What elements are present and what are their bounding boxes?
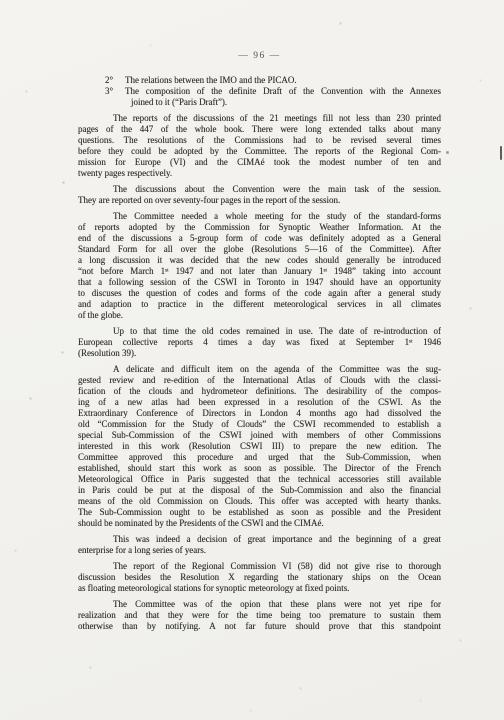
text-line: This was indeed a decision of great impo… (78, 534, 441, 545)
text-line: pages of the 447 of the whole book. Ther… (78, 124, 441, 135)
text-line: special Sub-Commission of the CSWI joine… (78, 430, 441, 441)
text-line: They are reported on over seventy-four p… (78, 195, 441, 206)
text-block: 2°The relations between the IMO and the … (78, 75, 441, 632)
text-line: The relations between the IMO and the PI… (125, 75, 441, 86)
page-number: — 96 — (78, 51, 441, 61)
text-line: fication of the clouds and hydrometeor d… (78, 386, 441, 397)
text-line: should be nominated by the Presidents of… (78, 518, 441, 529)
text-line: The composition of the definite Draft of… (125, 86, 441, 97)
text-line: ing of a new atlas had been expressed in… (78, 397, 441, 408)
text-line: established, should start this work as s… (78, 463, 441, 474)
text-line: The Sub-Commission ought to be establish… (78, 507, 441, 518)
text-line: means of the old Commission on Clouds. T… (78, 496, 441, 507)
text-line: (Resolution 39). (78, 348, 441, 359)
text-line: questions. The resolutions of the Commis… (78, 135, 441, 146)
text-line: joined to it (“Paris Draft”). (125, 97, 441, 108)
numbered-list: 2°The relations between the IMO and the … (78, 75, 441, 108)
text-line: The Committee needed a whole meeting for… (78, 211, 441, 222)
text-line: The discussions about the Convention wer… (78, 184, 441, 195)
text-line: interested in this work (Resolution CSWI… (78, 441, 441, 452)
list-item-marker: 3° (105, 86, 113, 97)
text-line: enterprise for a long series of years. (78, 545, 441, 556)
text-line: realization and that they were for the t… (78, 610, 441, 621)
paragraph: Up to that time the old codes remained i… (78, 326, 441, 359)
paragraphs: The reports of the discussions of the 21… (78, 113, 441, 632)
text-line: gested review and re-edition of the Inte… (78, 375, 441, 386)
margin-pen-mark (500, 146, 502, 160)
text-line: of reports adopted by the Commission for… (78, 222, 441, 233)
paragraph: The discussions about the Convention wer… (78, 184, 441, 206)
text-line: in Paris could be put at the disposal of… (78, 485, 441, 496)
scan-speckles (0, 0, 1, 1)
text-line: Meteorological Office in Paris suggested… (78, 474, 441, 485)
paragraph: This was indeed a decision of great impo… (78, 534, 441, 556)
list-item: 3°The composition of the definite Draft … (78, 86, 441, 108)
scanned-page: — 96 — 2°The relations between the IMO a… (0, 0, 504, 720)
text-line: Committee approved this procedure and ur… (78, 452, 441, 463)
text-line: before they could be adopted by the Comm… (78, 146, 441, 157)
list-item-marker: 2° (105, 75, 113, 86)
text-line: mission for Europe (VI) and the CIMAé to… (78, 157, 441, 168)
text-line: twenty pages respectively. (78, 168, 441, 179)
text-line: A delicate and difficult item on the age… (78, 364, 441, 375)
paragraph: The Committee needed a whole meeting for… (78, 211, 441, 321)
list-item: 2°The relations between the IMO and the … (78, 75, 441, 86)
text-line: European collective reports 4 times a da… (78, 337, 441, 348)
text-line: The reports of the discussions of the 21… (78, 113, 441, 124)
paragraph: The reports of the discussions of the 21… (78, 113, 441, 179)
paragraph: The report of the Regional Commission VI… (78, 561, 441, 594)
text-line: Up to that time the old codes remained i… (78, 326, 441, 337)
text-line: otherwise than by notifying. A not far f… (78, 621, 441, 632)
text-line: The Committee was of the opion that thes… (78, 599, 441, 610)
text-line: as floating meteorological stations for … (78, 583, 441, 594)
text-line: to discuses the question of codes and fo… (78, 288, 441, 299)
paragraph: The Committee was of the opion that thes… (78, 599, 441, 632)
text-line: that a following session of the CSWI in … (78, 277, 441, 288)
text-line: end of the discussions a 5-group form of… (78, 233, 441, 244)
paragraph: A delicate and difficult item on the age… (78, 364, 441, 529)
text-line: of the globe. (78, 310, 441, 321)
text-line: a long discussion it was decided that th… (78, 255, 441, 266)
text-line: Standard Form for all over the globe (Re… (78, 244, 441, 255)
text-line: The report of the Regional Commission VI… (78, 561, 441, 572)
text-line: discussion besides the Resolution X rega… (78, 572, 441, 583)
text-line: old “Commission for the Study of Clouds”… (78, 419, 441, 430)
text-line: Extraordinary Conference of Directors in… (78, 408, 441, 419)
text-line: and adaption to practice in the differen… (78, 299, 441, 310)
text-line: “not before March 1ˢᵗ 1947 and not later… (78, 266, 441, 277)
